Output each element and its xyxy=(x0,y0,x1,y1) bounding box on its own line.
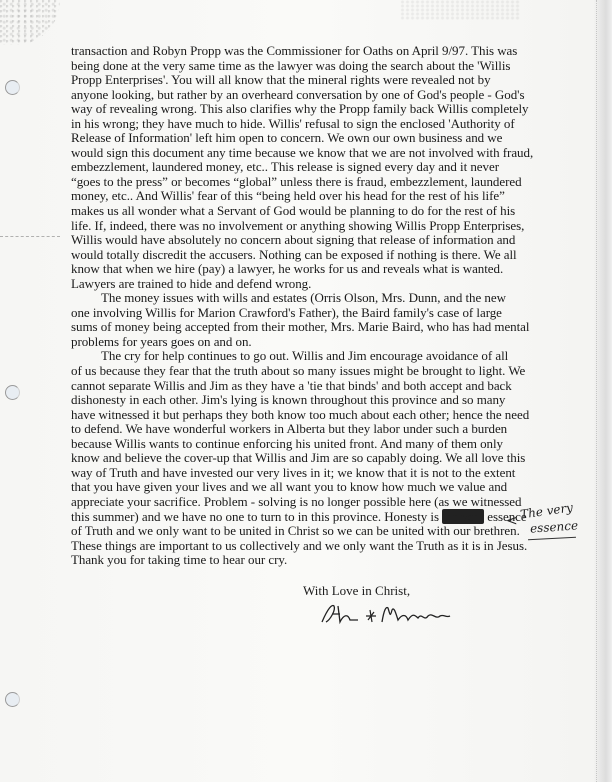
letter-line: one involving Willis for Marion Crawford… xyxy=(71,306,511,321)
letter-line: of us because they fear that the truth a… xyxy=(71,364,511,379)
letter-line: The cry for help continues to go out. Wi… xyxy=(71,349,511,364)
letter-line: money, etc.. And Willis' fear of this “b… xyxy=(71,189,511,204)
letter-line: being done at the very same time as the … xyxy=(71,59,511,74)
letter-line: problems for years goes on and on. xyxy=(71,335,511,350)
punch-hole-bottom xyxy=(5,692,20,707)
letter-line: transaction and Robyn Propp was the Comm… xyxy=(71,44,511,59)
letter-line: embezzlement, laundered money, etc.. Thi… xyxy=(71,160,511,175)
letter-line: anyone looking, but rather by an overhea… xyxy=(71,88,511,103)
scanned-page: transaction and Robyn Propp was the Comm… xyxy=(0,0,612,782)
page-edge xyxy=(596,0,598,782)
letter-line: because Willis wants to continue enforci… xyxy=(71,437,511,452)
margin-note-line-2: essence xyxy=(530,518,579,535)
letter-line: cannot separate Willis and Jim as they h… xyxy=(71,379,511,394)
letter-line: “goes to the press” or becomes “global” … xyxy=(71,175,511,190)
letter-line: The money issues with wills and estates … xyxy=(71,291,511,306)
letter-line: to defend. We have wonderful workers in … xyxy=(71,422,511,437)
letter-line: makes us all wonder what a Servant of Go… xyxy=(71,204,511,219)
letter-line: would totally discredit the accusers. No… xyxy=(71,248,511,263)
letter-body: transaction and Robyn Propp was the Comm… xyxy=(71,44,511,568)
scan-noise-top-right xyxy=(400,0,520,20)
letter-line: sums of money being accepted from their … xyxy=(71,320,511,335)
scan-mark xyxy=(0,236,60,239)
scan-noise-top-left xyxy=(0,0,60,45)
letter-line: dishonesty in each other. Jim's lying is… xyxy=(71,393,511,408)
letter-line: Willis would have absolutely no concern … xyxy=(71,233,511,248)
letter-line: life. If, indeed, there was no involveme… xyxy=(71,219,511,234)
handwritten-signature: Abe & Marlene xyxy=(318,600,458,630)
letter-line: would sign this document any time becaus… xyxy=(71,146,511,161)
closing-salutation: With Love in Christ, xyxy=(303,583,410,599)
letter-line: in his wrong; they have much to hide. Wi… xyxy=(71,117,511,132)
letter-line: have witnessed it but perhaps they both … xyxy=(71,408,511,423)
letter-line: way of Truth and have invested our very … xyxy=(71,466,511,481)
letter-line: Propp Enterprises'. You will all know th… xyxy=(71,73,511,88)
letter-line: know that when we hire (pay) a lawyer, h… xyxy=(71,262,511,277)
letter-line: of Truth and we only want to be united i… xyxy=(71,524,511,539)
letter-line: this summer) and we have no one to turn … xyxy=(71,510,511,525)
punch-hole-top xyxy=(5,80,20,95)
letter-line: that you have given your lives and we al… xyxy=(71,480,511,495)
letter-line: appreciate your sacrifice. Problem - sol… xyxy=(71,495,511,510)
letter-line: know and believe the cover-up that Willi… xyxy=(71,451,511,466)
punch-hole-middle xyxy=(5,385,20,400)
letter-line: Lawyers are trained to hide and defend w… xyxy=(71,277,511,292)
letter-line: Release of Information' left him open to… xyxy=(71,131,511,146)
letter-line: way of revealing wrong. This also clarif… xyxy=(71,102,511,117)
handwritten-margin-note: < The very essence xyxy=(506,506,596,546)
margin-arrow: < xyxy=(506,514,518,528)
letter-line: Thank you for taking time to hear our cr… xyxy=(71,553,511,568)
redacted-text: the very xyxy=(442,509,484,524)
margin-note-underline xyxy=(528,537,576,541)
letter-line: These things are important to us collect… xyxy=(71,539,511,554)
